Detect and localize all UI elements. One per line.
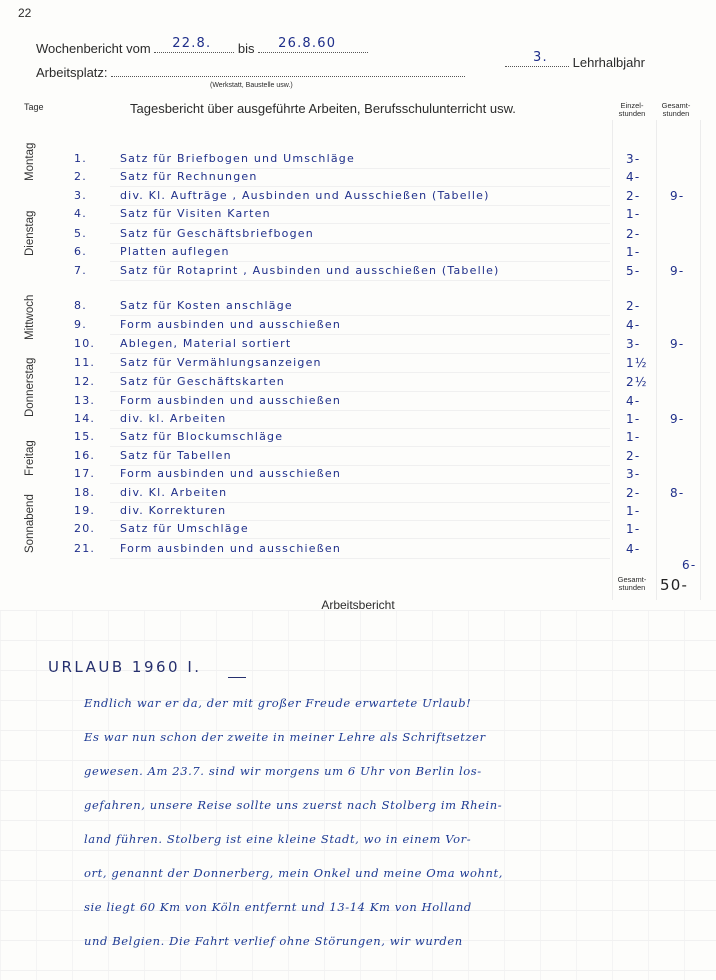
row-rule <box>110 558 610 559</box>
task-description: Satz für Umschläge <box>120 522 249 535</box>
row-number: 10. <box>74 337 95 350</box>
workplace-label: Arbeitsplatz: <box>36 65 108 80</box>
row-rule <box>110 353 610 354</box>
task-description: Form ausbinden und ausschießen <box>120 318 341 331</box>
single-hours: 4- <box>626 318 656 332</box>
title-underline <box>228 677 246 678</box>
task-description: Satz für Vermählungsanzeigen <box>120 356 322 369</box>
row-number: 12. <box>74 375 95 388</box>
page-number: 22 <box>18 6 31 20</box>
row-number: 11. <box>74 356 95 369</box>
grand-total-label: Gesamt- stunden <box>614 576 650 592</box>
row-number: 1. <box>74 152 87 165</box>
row-number: 8. <box>74 299 87 312</box>
row-rule <box>110 243 610 244</box>
row-rule <box>110 446 610 447</box>
day-total-hours: 9- <box>670 412 700 426</box>
row-rule <box>110 223 610 224</box>
task-description: div. Kl. Arbeiten <box>120 486 227 499</box>
day-total-hours: 9- <box>670 189 700 203</box>
row-number: 18. <box>74 486 95 499</box>
single-hours: 3- <box>626 337 656 351</box>
row-number: 3. <box>74 189 87 202</box>
row-rule <box>110 280 610 281</box>
task-description: Satz für Rotaprint , Ausbinden und aussc… <box>120 264 500 277</box>
task-description: Ablegen, Material sortiert <box>120 337 291 350</box>
date-to-field[interactable]: 26.8.60 <box>258 40 368 53</box>
row-rule <box>110 205 610 206</box>
single-hours: 2½ <box>626 375 656 389</box>
row-rule <box>110 315 610 316</box>
single-hours: 3- <box>626 152 656 166</box>
work-report-heading: Arbeitsbericht <box>0 598 716 612</box>
task-description: Satz für Visiten Karten <box>120 207 271 220</box>
col-days-heading: Tage <box>24 102 44 112</box>
letter-line: Es war nun schon der zweite in meiner Le… <box>84 730 486 744</box>
half-year-row: 3. Lehrhalbjahr <box>505 54 645 70</box>
date-to-value: 26.8.60 <box>278 36 336 51</box>
day-total-hours: 9- <box>670 264 700 278</box>
col-single-hours-heading: Einzel- stunden <box>614 102 650 118</box>
row-number: 15. <box>74 430 95 443</box>
week-report-row: Wochenbericht vom 22.8. bis 26.8.60 <box>36 40 368 56</box>
to-label: bis <box>238 41 255 56</box>
letter-line: sie liegt 60 Km von Köln entfernt und 13… <box>84 900 472 914</box>
workplace-row: Arbeitsplatz: <box>36 64 465 80</box>
task-description: Form ausbinden und ausschießen <box>120 394 341 407</box>
task-description: Satz für Geschäftsbriefbogen <box>120 227 314 240</box>
single-hours: 4- <box>626 542 656 556</box>
letter-line: gewesen. Am 23.7. sind wir morgens um 6 … <box>84 764 482 778</box>
day-total-hours: 9- <box>670 337 700 351</box>
single-hours: 1- <box>626 504 656 518</box>
row-number: 2. <box>74 170 87 183</box>
single-hours: 1- <box>626 522 656 536</box>
letter-title: URLAUB 1960 I. <box>48 658 202 676</box>
single-hours: 1½ <box>626 356 656 370</box>
task-description: Platten auflegen <box>120 245 230 258</box>
workplace-field[interactable] <box>111 64 465 77</box>
row-number: 14. <box>74 412 95 425</box>
day-total-hours: 8- <box>670 486 700 500</box>
task-description: Satz für Rechnungen <box>120 170 258 183</box>
task-description: div. Korrekturen <box>120 504 226 517</box>
letter-line: Endlich war er da, der mit großer Freude… <box>84 696 471 710</box>
row-rule <box>110 483 610 484</box>
col-report-heading: Tagesbericht über ausgeführte Arbeiten, … <box>130 101 516 116</box>
letter-line: und Belgien. Die Fahrt verlief ohne Stör… <box>84 934 463 948</box>
row-rule <box>110 410 610 411</box>
task-description: Satz für Blockumschläge <box>120 430 283 443</box>
grand-total-value: 50- <box>660 576 688 594</box>
single-hours: 4- <box>626 170 656 184</box>
single-hours: 5- <box>626 264 656 278</box>
half-year-label: Lehrhalbjahr <box>573 55 645 70</box>
single-hours: 2- <box>626 227 656 241</box>
task-description: Satz für Briefbogen und Umschläge <box>120 152 355 165</box>
single-hours: 2- <box>626 189 656 203</box>
task-description: div. Kl. Aufträge , Ausbinden und Aussch… <box>120 189 490 202</box>
saturday-total: 6- <box>682 558 696 572</box>
task-description: div. kl. Arbeiten <box>120 412 226 425</box>
letter-line: gefahren, unsere Reise sollte uns zuerst… <box>84 798 502 812</box>
row-number: 4. <box>74 207 87 220</box>
row-number: 5. <box>74 227 87 240</box>
row-rule <box>110 520 610 521</box>
single-hours: 2- <box>626 486 656 500</box>
row-number: 13. <box>74 394 95 407</box>
row-number: 6. <box>74 245 87 258</box>
single-hours: 1- <box>626 412 656 426</box>
row-rule <box>110 261 610 262</box>
row-number: 9. <box>74 318 87 331</box>
row-rule <box>110 372 610 373</box>
row-number: 16. <box>74 449 95 462</box>
row-rule <box>110 538 610 539</box>
letter-line: land führen. Stolberg ist eine kleine St… <box>84 832 471 846</box>
half-year-field[interactable]: 3. <box>505 54 569 67</box>
row-rule <box>110 334 610 335</box>
row-rule <box>110 186 610 187</box>
row-number: 17. <box>74 467 95 480</box>
row-number: 21. <box>74 542 95 555</box>
single-hours: 1- <box>626 207 656 221</box>
single-hours: 3- <box>626 467 656 481</box>
task-description: Form ausbinden und ausschießen <box>120 542 341 555</box>
row-rule <box>110 502 610 503</box>
single-hours: 1- <box>626 245 656 259</box>
col-total-hours-heading: Gesamt- stunden <box>656 102 696 118</box>
single-hours: 1- <box>626 430 656 444</box>
task-description: Satz für Tabellen <box>120 449 232 462</box>
row-number: 7. <box>74 264 87 277</box>
single-hours: 4- <box>626 394 656 408</box>
row-rule <box>110 391 610 392</box>
row-rule <box>110 168 610 169</box>
workplace-hint: (Werkstatt, Baustelle usw.) <box>210 82 293 89</box>
row-number: 20. <box>74 522 95 535</box>
single-hours: 2- <box>626 449 656 463</box>
task-description: Form ausbinden und ausschießen <box>120 467 341 480</box>
date-from-value: 22.8. <box>172 36 211 51</box>
single-hours: 2- <box>626 299 656 313</box>
date-from-field[interactable]: 22.8. <box>154 40 234 53</box>
row-rule <box>110 428 610 429</box>
letter-line: ort, genannt der Donnerberg, mein Onkel … <box>84 866 503 880</box>
task-description: Satz für Geschäftskarten <box>120 375 285 388</box>
half-year-value: 3. <box>533 50 548 65</box>
row-number: 19. <box>74 504 95 517</box>
week-report-label: Wochenbericht vom <box>36 41 151 56</box>
task-description: Satz für Kosten anschläge <box>120 299 293 312</box>
row-rule <box>110 465 610 466</box>
